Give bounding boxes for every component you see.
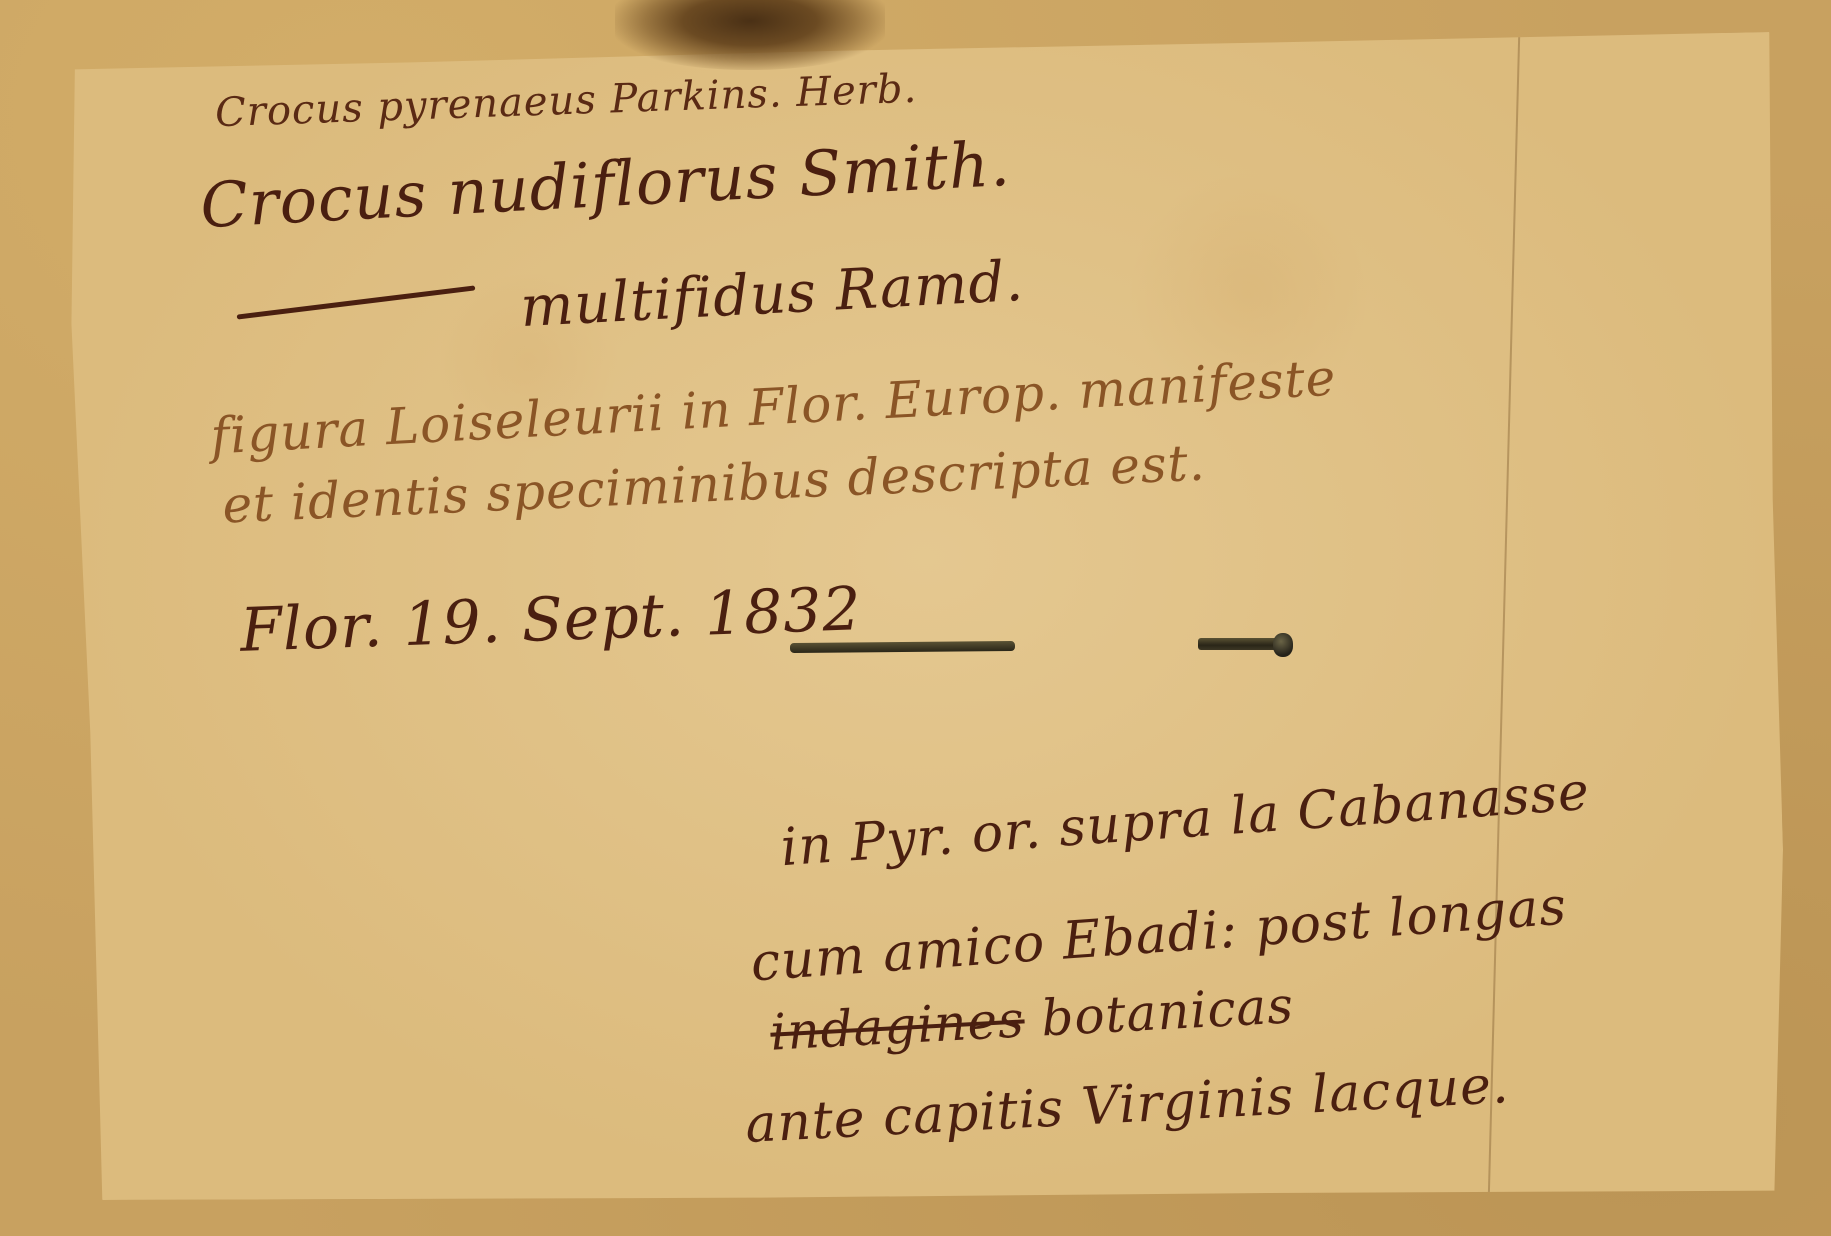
pin-icon: [1198, 633, 1293, 653]
pin-through-date-icon: [790, 641, 1015, 653]
pin-head: [1273, 633, 1293, 657]
pin-shaft: [1198, 638, 1278, 650]
paper-crease: [1488, 32, 1521, 1200]
specimen-fragment: [615, 0, 885, 70]
note-prefix: et: [221, 473, 292, 534]
